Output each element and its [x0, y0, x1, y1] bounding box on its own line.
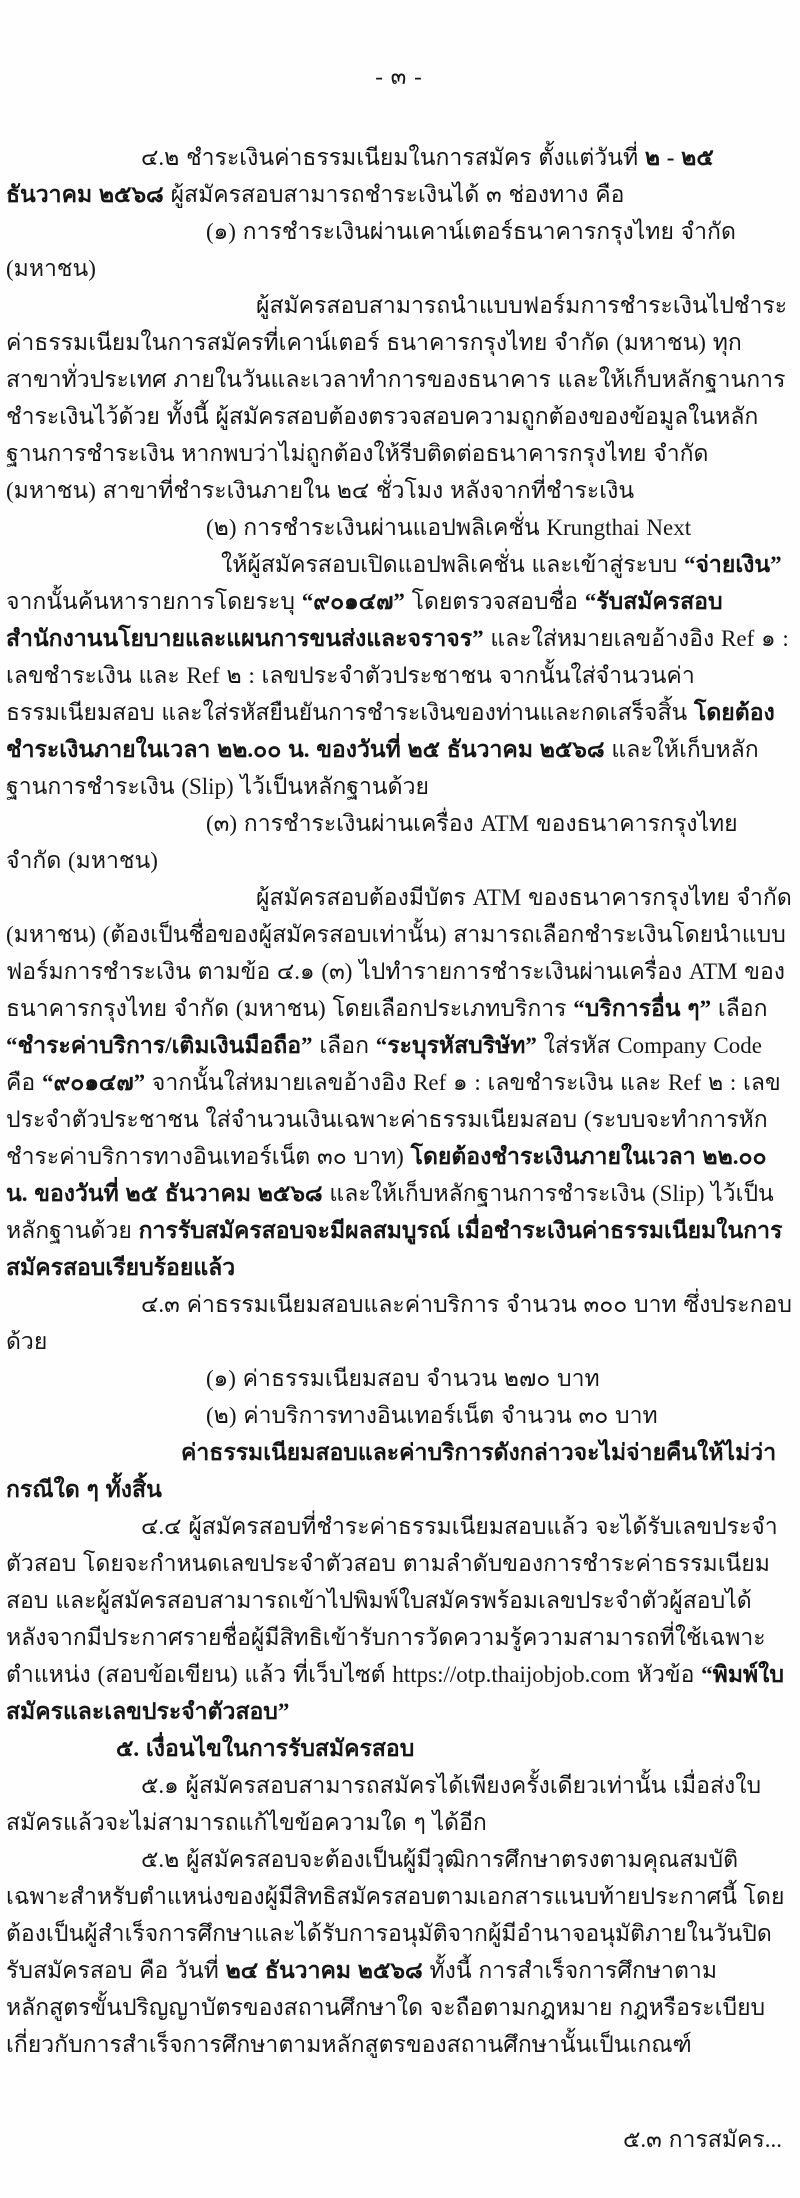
- text-run: ให้ผู้สมัครสอบเปิดแอปพลิเคชั่น และเข้าสู…: [221, 552, 684, 577]
- text-run: ๕.๓ การสมัคร...: [623, 2127, 782, 2152]
- text-run: หัวข้อ: [630, 1662, 701, 1687]
- para-no-refund: ค่าธรรมเนียมสอบและค่าบริการดังกล่าวจะไม่…: [6, 1434, 792, 1508]
- text-run: (๑) ค่าธรรมเนียมสอบ จำนวน ๒๗๐ บาท: [206, 1366, 600, 1391]
- text-run: (๒) การชำระเงินผ่านแอปพลิเคชั่น Krungtha…: [206, 515, 691, 540]
- text-run: ๔.๒ ชำระเงินค่าธรรมเนียมในการสมัคร ตั้งแ…: [141, 145, 645, 170]
- text-run: ผู้สมัครสอบสามารถชำระเงินได้ ๓ ช่องทาง ค…: [164, 182, 625, 207]
- text-run: “จ่ายเงิน”: [684, 552, 782, 577]
- text-run: ๕. เงื่อนไขในการรับสมัครสอบ: [116, 1736, 414, 1761]
- text-run: “๙๐๑๔๗”: [302, 589, 405, 614]
- para-channel-2-heading: (๒) การชำระเงินผ่านแอปพลิเคชั่น Krungtha…: [6, 509, 792, 546]
- para-5-conditions-heading: ๕. เงื่อนไขในการรับสมัครสอบ: [6, 1730, 792, 1767]
- text-run: “บริการอื่น ๆ”: [573, 996, 711, 1021]
- para-4-3-fee-total: ๔.๓ ค่าธรรมเนียมสอบและค่าบริการ จำนวน ๓๐…: [6, 1286, 792, 1360]
- para-channel-3-body: ผู้สมัครสอบต้องมีบัตร ATM ของธนาคารกรุงไ…: [6, 879, 792, 1286]
- para-5-1-single-application: ๕.๑ ผู้สมัครสอบสามารถสมัครได้เพียงครั้งเ…: [6, 1767, 792, 1841]
- para-4-4-exam-id: ๔.๔ ผู้สมัครสอบที่ชำระค่าธรรมเนียมสอบแล้…: [6, 1508, 792, 1730]
- para-4-2-payment-period: ๔.๒ ชำระเงินค่าธรรมเนียมในการสมัคร ตั้งแ…: [6, 139, 792, 213]
- text-run: จากนั้นค้นหารายการโดยระบุ: [6, 589, 302, 614]
- para-continuation-5-3: ๕.๓ การสมัคร...: [6, 2121, 792, 2158]
- text-run: ๔.๓ ค่าธรรมเนียมสอบและค่าบริการ จำนวน ๓๐…: [6, 1292, 792, 1354]
- para-fee-exam: (๑) ค่าธรรมเนียมสอบ จำนวน ๒๗๐ บาท: [6, 1360, 792, 1397]
- para-fee-internet: (๒) ค่าบริการทางอินเทอร์เน็ต จำนวน ๓๐ บา…: [6, 1397, 792, 1434]
- text-run: ๕.๑ ผู้สมัครสอบสามารถสมัครได้เพียงครั้งเ…: [6, 1773, 761, 1835]
- text-run: (๓) การชำระเงินผ่านเครื่อง ATM ของธนาคาร…: [6, 811, 738, 873]
- para-channel-2-body: ให้ผู้สมัครสอบเปิดแอปพลิเคชั่น และเข้าสู…: [6, 546, 792, 805]
- para-channel-3-heading: (๓) การชำระเงินผ่านเครื่อง ATM ของธนาคาร…: [6, 805, 792, 879]
- text-run: “ชำระค่าบริการ/เติมเงินมือถือ”: [6, 1033, 313, 1058]
- text-run: ๒๔ ธันวาคม ๒๕๖๘: [226, 1958, 423, 1983]
- text-run: (๑) การชำระเงินผ่านเคาน์เตอร์ธนาคารกรุงไ…: [6, 219, 736, 281]
- para-channel-1-heading: (๑) การชำระเงินผ่านเคาน์เตอร์ธนาคารกรุงไ…: [6, 213, 792, 287]
- website-url: https://otp.thaijobjob.com: [392, 1662, 630, 1687]
- para-5-2-qualification: ๕.๒ ผู้สมัครสอบจะต้องเป็นผู้มีวุฒิการศึก…: [6, 1841, 792, 2063]
- page-number: - ๓ -: [6, 58, 792, 95]
- paragraphs: ๔.๒ ชำระเงินค่าธรรมเนียมในการสมัคร ตั้งแ…: [6, 139, 792, 2158]
- text-run: “ระบุรหัสบริษัท”: [376, 1033, 537, 1058]
- text-run: ผู้สมัครสอบสามารถนำแบบฟอร์มการชำระเงินไป…: [6, 293, 787, 503]
- para-channel-1-body: ผู้สมัครสอบสามารถนำแบบฟอร์มการชำระเงินไป…: [6, 287, 792, 509]
- text-run: โดยตรวจสอบชื่อ: [405, 589, 585, 614]
- text-run: เลือก: [711, 996, 767, 1021]
- text-run: ค่าธรรมเนียมสอบและค่าบริการดังกล่าวจะไม่…: [6, 1440, 776, 1502]
- document-page: - ๓ - ๔.๒ ชำระเงินค่าธรรมเนียมในการสมัคร…: [0, 0, 800, 2198]
- text-run: เลือก: [313, 1033, 376, 1058]
- text-run: (๒) ค่าบริการทางอินเทอร์เน็ต จำนวน ๓๐ บา…: [206, 1403, 658, 1428]
- text-run: “๙๐๑๔๗”: [42, 1070, 145, 1095]
